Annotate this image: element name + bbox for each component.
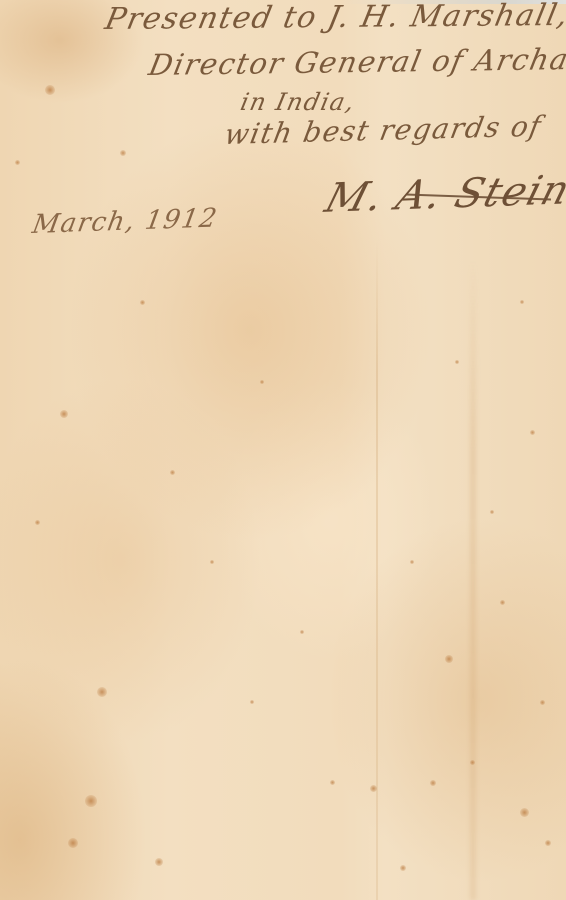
paper-crease-stain	[470, 260, 476, 900]
inscription-line-in-india: in India,	[238, 88, 358, 116]
book-flyleaf-page: Presented to J. H. Marshall, Esq Directo…	[0, 0, 566, 900]
inscription-line-director-general: Director General of Archaeology	[146, 41, 566, 82]
inscription-line-best-regards: with best regards of	[222, 110, 545, 151]
inscription-line-presented-to: Presented to J. H. Marshall, Esq	[102, 0, 566, 37]
paper-crease	[376, 240, 378, 900]
inscription-date: March, 1912	[30, 203, 220, 240]
